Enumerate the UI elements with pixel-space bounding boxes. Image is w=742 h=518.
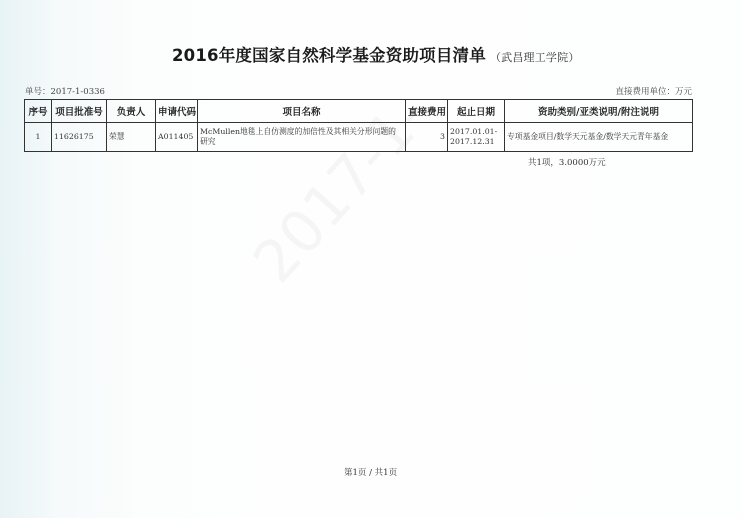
header-direct-cost: 直接费用 (406, 100, 448, 123)
cell-approval-no: 11626175 (52, 123, 107, 152)
table-header-row: 序号 项目批准号 负责人 申请代码 项目名称 直接费用 起止日期 资助类别/亚类… (25, 100, 693, 123)
header-approval-no: 项目批准号 (52, 100, 107, 123)
cell-index: 1 (25, 123, 52, 152)
header-principal: 负责人 (107, 100, 156, 123)
cell-date-range: 2017.01.01- 2017.12.31 (448, 123, 505, 152)
title-text: 2016年度国家自然科学基金资助项目清单 (172, 46, 486, 65)
header-project-name: 项目名称 (198, 100, 406, 123)
unit-note: 直接费用单位：万元 (615, 85, 692, 97)
cell-category: 专项基金项目/数学天元基金/数学天元青年基金 (505, 123, 693, 152)
cell-project-name: McMullen地毯上自仿测度的加倍性及其相关分形问题的研究 (198, 123, 406, 152)
total-summary: 共1项，3.0000万元 (528, 156, 606, 168)
header-date-range: 起止日期 (448, 100, 505, 123)
date-end: 2017.12.31 (450, 137, 502, 147)
header-category: 资助类别/亚类说明/附注说明 (505, 100, 693, 123)
table-row: 1 11626175 荣慧 A011405 McMullen地毯上自仿测度的加倍… (25, 123, 693, 152)
funding-table: 序号 项目批准号 负责人 申请代码 项目名称 直接费用 起止日期 资助类别/亚类… (24, 99, 693, 152)
cell-application-code: A011405 (156, 123, 198, 152)
header-index: 序号 (25, 100, 52, 123)
cell-direct-cost: 3 (406, 123, 448, 152)
document-title: 2016年度国家自然科学基金资助项目清单（武昌理工学院） (172, 42, 580, 66)
document-number: 单号：2017-1-0336 (25, 85, 105, 97)
header-application-code: 申请代码 (156, 100, 198, 123)
organization-name: （武昌理工学院） (490, 51, 580, 64)
page-indicator: 第1页 / 共1页 (344, 466, 397, 478)
date-start: 2017.01.01- (450, 127, 502, 137)
cell-principal: 荣慧 (107, 123, 156, 152)
